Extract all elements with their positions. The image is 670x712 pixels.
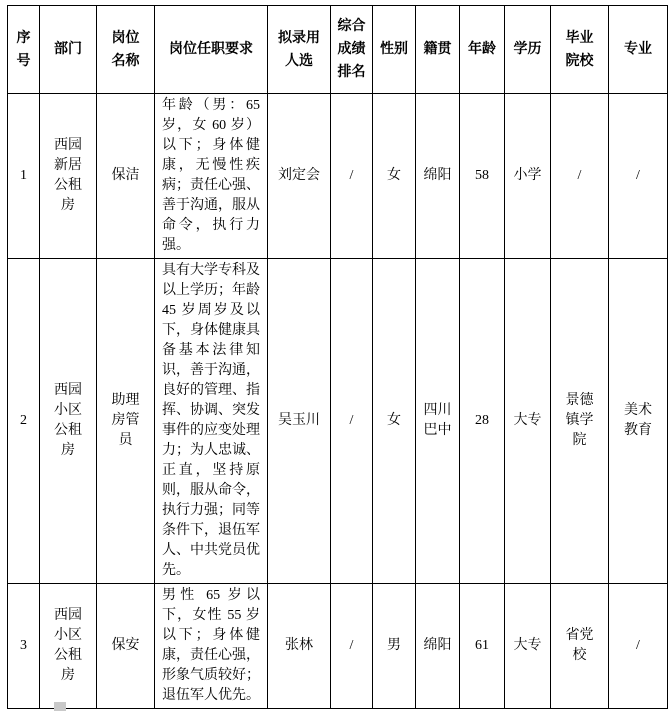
header-position: 岗位 名称	[97, 6, 155, 94]
header-education: 学历	[505, 6, 551, 94]
cell-age: 61	[460, 584, 505, 709]
table-row: 1 西园 新居 公租 房 保洁 年龄（男：65 岁，女 60 岁）以下；身体健康…	[8, 94, 668, 259]
table-row: 3 西园 小区 公租 房 保安 男性 65 岁以下，女性 55 岁以下；身体健康…	[8, 584, 668, 709]
cell-candidate: 吴玉川	[268, 259, 331, 584]
header-age: 年龄	[460, 6, 505, 94]
cell-gender: 男	[373, 584, 416, 709]
cell-no: 3	[8, 584, 40, 709]
cell-requirements: 年龄（男：65 岁，女 60 岁）以下；身体健康，无慢性疾病；责任心强、善于沟通…	[155, 94, 268, 259]
cell-age: 58	[460, 94, 505, 259]
header-major: 专业	[609, 6, 668, 94]
cell-department: 西园 新居 公租 房	[40, 94, 97, 259]
cell-score-rank: /	[331, 259, 373, 584]
cell-department: 西园 小区 公租 房	[40, 259, 97, 584]
cell-hometown: 绵阳	[416, 94, 460, 259]
horizontal-scrollbar-thumb[interactable]	[54, 702, 66, 711]
cell-gender: 女	[373, 259, 416, 584]
cell-position: 保安	[97, 584, 155, 709]
header-school: 毕业 院校	[551, 6, 609, 94]
cell-no: 1	[8, 94, 40, 259]
cell-school: 省党 校	[551, 584, 609, 709]
header-department: 部门	[40, 6, 97, 94]
recruitment-table: 序 号 部门 岗位 名称 岗位任职要求 拟录用 人选 综合 成绩 排名 性别 籍…	[7, 5, 668, 709]
cell-major: /	[609, 584, 668, 709]
cell-education: 大专	[505, 584, 551, 709]
cell-gender: 女	[373, 94, 416, 259]
header-hometown: 籍贯	[416, 6, 460, 94]
header-candidate: 拟录用 人选	[268, 6, 331, 94]
header-requirements: 岗位任职要求	[155, 6, 268, 94]
cell-school: 景德 镇学 院	[551, 259, 609, 584]
cell-education: 大专	[505, 259, 551, 584]
header-gender: 性别	[373, 6, 416, 94]
cell-hometown: 绵阳	[416, 584, 460, 709]
cell-score-rank: /	[331, 584, 373, 709]
cell-score-rank: /	[331, 94, 373, 259]
cell-candidate: 张林	[268, 584, 331, 709]
header-score-rank: 综合 成绩 排名	[331, 6, 373, 94]
cell-hometown: 四川 巴中	[416, 259, 460, 584]
cell-major: 美术 教育	[609, 259, 668, 584]
cell-position: 保洁	[97, 94, 155, 259]
document-page: 序 号 部门 岗位 名称 岗位任职要求 拟录用 人选 综合 成绩 排名 性别 籍…	[0, 0, 670, 712]
cell-major: /	[609, 94, 668, 259]
cell-no: 2	[8, 259, 40, 584]
cell-requirements: 男性 65 岁以下，女性 55 岁以下；身体健康，责任心强，形象气质较好；退伍军…	[155, 584, 268, 709]
header-no: 序 号	[8, 6, 40, 94]
table-header-row: 序 号 部门 岗位 名称 岗位任职要求 拟录用 人选 综合 成绩 排名 性别 籍…	[8, 6, 668, 94]
cell-department: 西园 小区 公租 房	[40, 584, 97, 709]
cell-position: 助理 房管 员	[97, 259, 155, 584]
cell-education: 小学	[505, 94, 551, 259]
cell-requirements: 具有大学专科及以上学历；年龄 45 岁周岁及以下，身体健康具备基本法律知识，善于…	[155, 259, 268, 584]
cell-school: /	[551, 94, 609, 259]
table-row: 2 西园 小区 公租 房 助理 房管 员 具有大学专科及以上学历；年龄 45 岁…	[8, 259, 668, 584]
cell-candidate: 刘定会	[268, 94, 331, 259]
cell-age: 28	[460, 259, 505, 584]
